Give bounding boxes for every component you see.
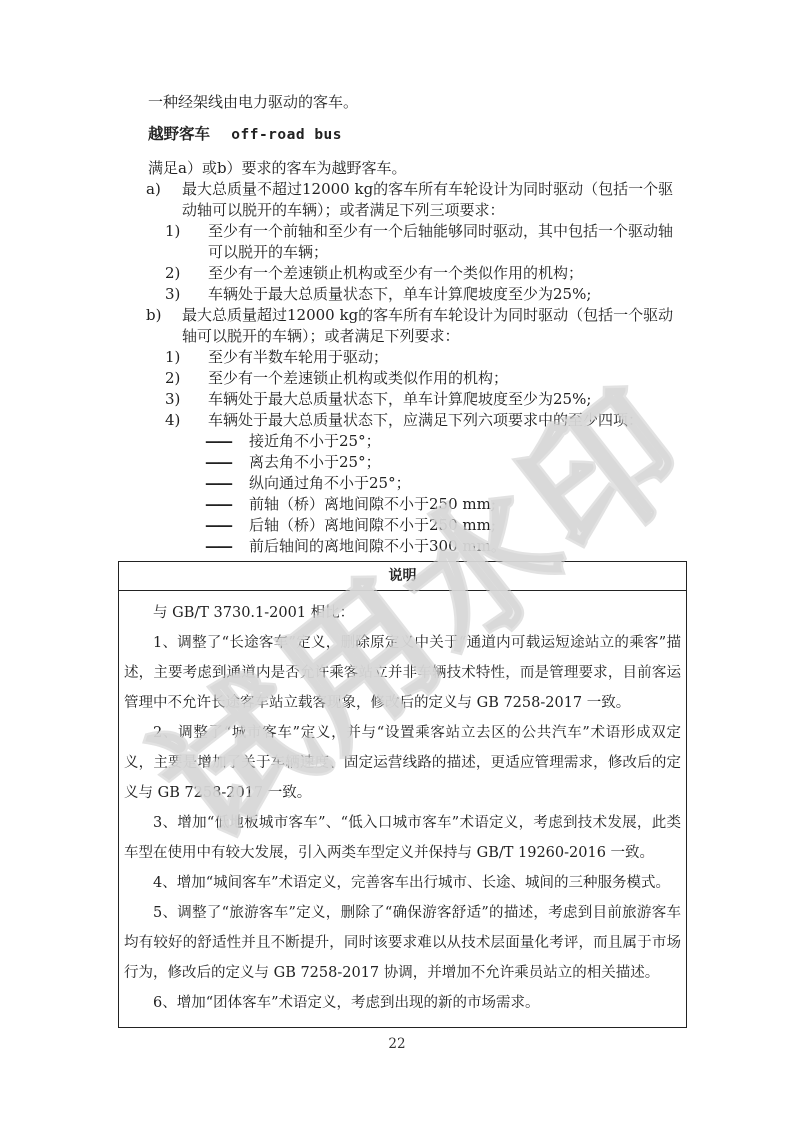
list-item-b2: 2) 至少有一个差速锁止机构或类似作用的机构； bbox=[165, 368, 687, 389]
dash-item-text: 纵向通过角不小于25°； bbox=[249, 473, 687, 494]
definition-intro: 满足a）或b）要求的客车为越野客车。 bbox=[148, 158, 687, 179]
list-item-b-text: 最大总质量超过12000 kg的客车所有车轮设计为同时驱动（包括一个驱动轴可以脱… bbox=[182, 305, 687, 347]
list-item-a2-label: 2) bbox=[165, 263, 208, 284]
list-item-a: a) 最大总质量不超过12000 kg的客车所有车轮设计为同时驱动（包括一个驱动… bbox=[146, 179, 687, 221]
list-item-a3-text: 车辆处于最大总质量状态下，单车计算爬坡度至少为25%; bbox=[208, 284, 687, 305]
dash-item-text: 后轴（桥）离地间隙不小于250 mm; bbox=[249, 515, 687, 536]
dash-item-approach-angle: —— 接近角不小于25°； bbox=[205, 431, 687, 452]
dash-mark: —— bbox=[205, 452, 249, 473]
dash-mark: —— bbox=[205, 473, 249, 494]
list-item-b3-text: 车辆处于最大总质量状态下，单车计算爬坡度至少为25%; bbox=[208, 389, 687, 410]
note-box-title: 说明 bbox=[119, 562, 686, 591]
list-item-b1-label: 1) bbox=[165, 347, 208, 368]
list-item-a1-label: 1) bbox=[165, 221, 208, 263]
note-item-3: 3、增加“低地板城市客车”、“低入口城市客车”术语定义，考虑到技术发展，此类车型… bbox=[124, 808, 681, 868]
list-item-b4-text: 车辆处于最大总质量状态下，应满足下列六项要求中的至少四项： bbox=[208, 410, 687, 431]
list-item-b3: 3) 车辆处于最大总质量状态下，单车计算爬坡度至少为25%; bbox=[165, 389, 687, 410]
note-item-4: 4、增加“城间客车”术语定义，完善客车出行城市、长途、城间的三种服务模式。 bbox=[124, 868, 681, 898]
note-item-1: 1、调整了“长途客车”定义，删除原定义中关于“通道内可载运短途站立的乘客”描述，… bbox=[124, 628, 681, 718]
list-item-a1: 1) 至少有一个前轴和至少有一个后轴能够同时驱动，其中包括一个驱动轴可以脱开的车… bbox=[165, 221, 687, 263]
list-item-b-label: b) bbox=[146, 305, 182, 347]
term-heading: 越野客车 off-road bus bbox=[148, 124, 687, 146]
document-page: 一种经架线由电力驱动的客车。 越野客车 off-road bus 满足a）或b）… bbox=[0, 0, 794, 1123]
dash-mark: —— bbox=[205, 431, 249, 452]
note-box: 说明 与 GB/T 3730.1-2001 相比： 1、调整了“长途客车”定义，… bbox=[118, 561, 687, 1028]
note-item-2: 2、调整了“城市客车”定义，并与“设置乘客站立去区的公共汽车”术语形成双定义，主… bbox=[124, 718, 681, 808]
list-item-b: b) 最大总质量超过12000 kg的客车所有车轮设计为同时驱动（包括一个驱动轴… bbox=[146, 305, 687, 347]
list-item-b4: 4) 车辆处于最大总质量状态下，应满足下列六项要求中的至少四项： bbox=[165, 410, 687, 431]
dash-item-ramp-angle: —— 纵向通过角不小于25°； bbox=[205, 473, 687, 494]
list-item-b1-text: 至少有半数车轮用于驱动； bbox=[208, 347, 687, 368]
term-heading-en: off-road bus bbox=[231, 127, 342, 143]
list-item-b3-label: 3) bbox=[165, 389, 208, 410]
list-item-a2-text: 至少有一个差速锁止机构或至少有一个类似作用的机构； bbox=[208, 263, 687, 284]
dash-mark: —— bbox=[205, 536, 249, 557]
note-box-body: 与 GB/T 3730.1-2001 相比： 1、调整了“长途客车”定义，删除原… bbox=[119, 591, 686, 1027]
note-box-intro: 与 GB/T 3730.1-2001 相比： bbox=[124, 598, 681, 628]
note-item-5: 5、调整了“旅游客车”定义，删除了“确保游客舒适”的描述，考虑到目前旅游客车均有… bbox=[124, 898, 681, 988]
dash-item-rear-axle-clearance: —— 后轴（桥）离地间隙不小于250 mm; bbox=[205, 515, 687, 536]
list-item-a3: 3) 车辆处于最大总质量状态下，单车计算爬坡度至少为25%; bbox=[165, 284, 687, 305]
list-item-a2: 2) 至少有一个差速锁止机构或至少有一个类似作用的机构； bbox=[165, 263, 687, 284]
list-item-b2-text: 至少有一个差速锁止机构或类似作用的机构； bbox=[208, 368, 687, 389]
list-item-a1-text: 至少有一个前轴和至少有一个后轴能够同时驱动，其中包括一个驱动轴可以脱开的车辆； bbox=[208, 221, 687, 263]
intro-paragraph: 一种经架线由电力驱动的客车。 bbox=[148, 92, 687, 113]
list-item-b1: 1) 至少有半数车轮用于驱动； bbox=[165, 347, 687, 368]
page-number: 22 bbox=[0, 1036, 794, 1052]
dash-mark: —— bbox=[205, 494, 249, 515]
dash-item-text: 接近角不小于25°； bbox=[249, 431, 687, 452]
list-item-b4-label: 4) bbox=[165, 410, 208, 431]
page-content: 一种经架线由电力驱动的客车。 越野客车 off-road bus 满足a）或b）… bbox=[120, 92, 687, 1028]
list-item-a-label: a) bbox=[146, 179, 182, 221]
dash-item-front-axle-clearance: —— 前轴（桥）离地间隙不小于250 mm; bbox=[205, 494, 687, 515]
dash-item-between-axles-clearance: —— 前后轴间的离地间隙不小于300 mm。 bbox=[205, 536, 687, 557]
list-item-a-text: 最大总质量不超过12000 kg的客车所有车轮设计为同时驱动（包括一个驱动轴可以… bbox=[182, 179, 687, 221]
dash-mark: —— bbox=[205, 515, 249, 536]
dash-item-text: 前后轴间的离地间隙不小于300 mm。 bbox=[249, 536, 687, 557]
list-item-b2-label: 2) bbox=[165, 368, 208, 389]
dash-item-text: 离去角不小于25°； bbox=[249, 452, 687, 473]
note-item-6: 6、增加“团体客车”术语定义，考虑到出现的新的市场需求。 bbox=[124, 988, 681, 1018]
dash-item-departure-angle: —— 离去角不小于25°； bbox=[205, 452, 687, 473]
list-item-a3-label: 3) bbox=[165, 284, 208, 305]
term-heading-zh: 越野客车 bbox=[148, 125, 210, 143]
dash-item-text: 前轴（桥）离地间隙不小于250 mm; bbox=[249, 494, 687, 515]
